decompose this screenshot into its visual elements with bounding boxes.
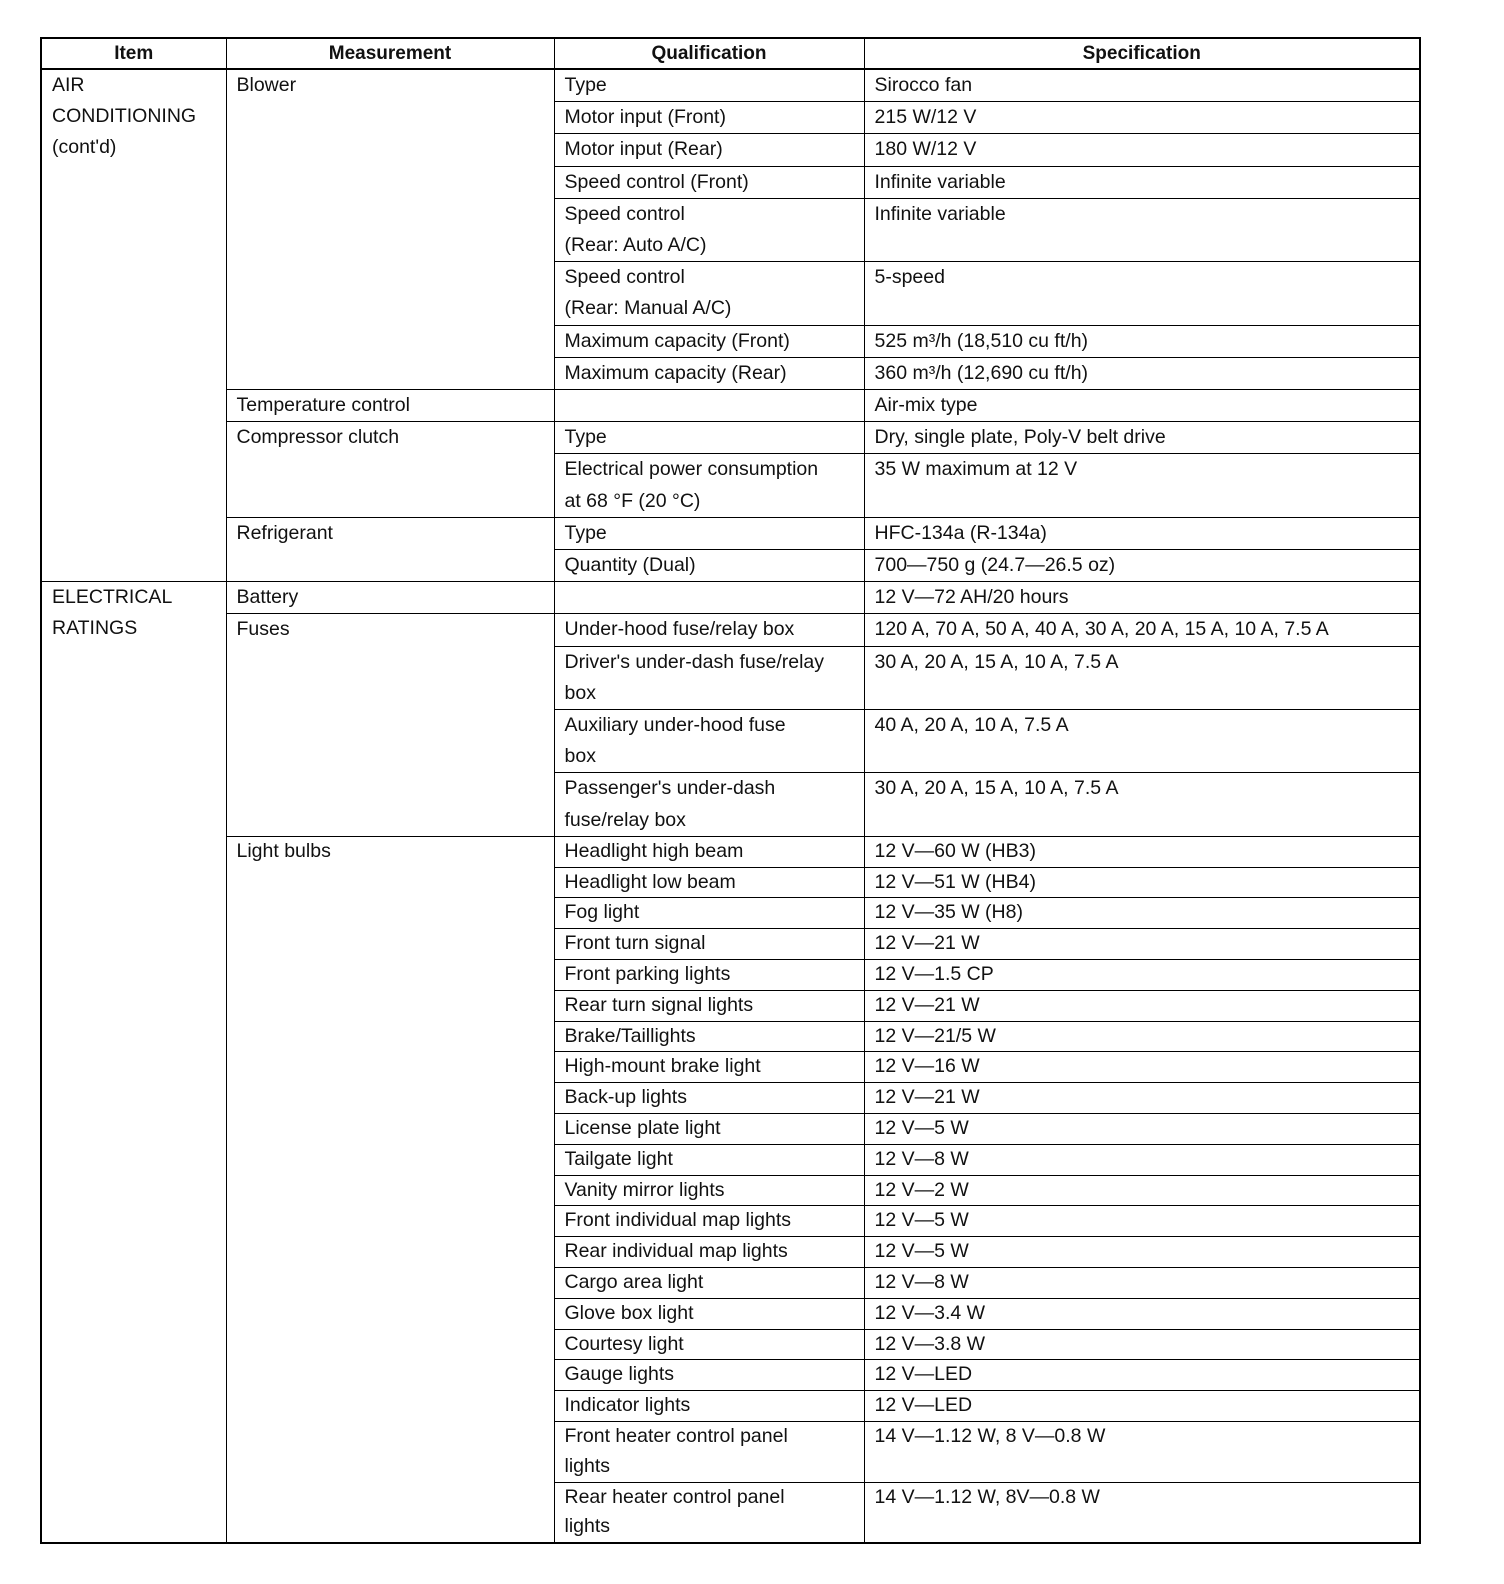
measurement-cell: Compressor clutch — [226, 422, 554, 518]
specification-cell: 40 A, 20 A, 10 A, 7.5 A — [864, 710, 1420, 773]
qualification-cell: Passenger's under-dash fuse/relay box — [554, 773, 864, 836]
header-item: Item — [41, 38, 226, 69]
qualification-cell: Type — [554, 517, 864, 549]
qualification-cell: Under-hood fuse/relay box — [554, 614, 864, 646]
qualification-cell: Rear individual map lights — [554, 1237, 864, 1268]
header-qualification: Qualification — [554, 38, 864, 69]
specification-cell: 30 A, 20 A, 15 A, 10 A, 7.5 A — [864, 646, 1420, 709]
specification-cell: 12 V—8 W — [864, 1268, 1420, 1299]
specification-cell: Infinite variable — [864, 198, 1420, 261]
specification-cell: 360 m³/h (12,690 cu ft/h) — [864, 357, 1420, 389]
table-row: RefrigerantTypeHFC-134a (R-134a) — [41, 517, 1420, 549]
specification-cell: 12 V—LED — [864, 1360, 1420, 1391]
specification-cell: Air-mix type — [864, 390, 1420, 422]
specification-cell: 12 V—51 W (HB4) — [864, 867, 1420, 898]
measurement-cell: Light bulbs — [226, 836, 554, 1543]
specifications-table: Item Measurement Qualification Specifica… — [40, 37, 1421, 1544]
specification-cell: 35 W maximum at 12 V — [864, 454, 1420, 517]
specification-cell: 12 V—8 W — [864, 1144, 1420, 1175]
specification-cell: 12 V—16 W — [864, 1052, 1420, 1083]
qualification-cell: Indicator lights — [554, 1391, 864, 1422]
specification-cell: 12 V—60 W (HB3) — [864, 836, 1420, 867]
specification-cell: Infinite variable — [864, 166, 1420, 198]
qualification-cell: Tailgate light — [554, 1144, 864, 1175]
specification-cell: 12 V—1.5 CP — [864, 960, 1420, 991]
specification-cell: 12 V—21 W — [864, 929, 1420, 960]
qualification-cell: Speed control (Rear: Manual A/C) — [554, 262, 864, 325]
specification-cell: 12 V—35 W (H8) — [864, 898, 1420, 929]
qualification-cell: Driver's under-dash fuse/relay box — [554, 646, 864, 709]
qualification-cell: Vanity mirror lights — [554, 1175, 864, 1206]
specification-cell: 12 V—3.4 W — [864, 1298, 1420, 1329]
table-row: Temperature controlAir-mix type — [41, 390, 1420, 422]
specification-cell: 12 V—LED — [864, 1391, 1420, 1422]
qualification-cell: Front parking lights — [554, 960, 864, 991]
specification-cell: 12 V—3.8 W — [864, 1329, 1420, 1360]
qualification-cell: Brake/Taillights — [554, 1021, 864, 1052]
specification-cell: 215 W/12 V — [864, 102, 1420, 134]
measurement-cell: Blower — [226, 69, 554, 390]
specification-cell: 12 V—2 W — [864, 1175, 1420, 1206]
table-row: AIR CONDITIONING (cont'd)BlowerTypeSiroc… — [41, 69, 1420, 102]
qualification-cell: Motor input (Rear) — [554, 134, 864, 166]
specification-cell: 14 V—1.12 W, 8 V—0.8 W — [864, 1422, 1420, 1483]
header-specification: Specification — [864, 38, 1420, 69]
qualification-cell: Courtesy light — [554, 1329, 864, 1360]
qualification-cell: Speed control (Rear: Auto A/C) — [554, 198, 864, 261]
specification-cell: Sirocco fan — [864, 69, 1420, 102]
qualification-cell — [554, 582, 864, 614]
qualification-cell: Type — [554, 422, 864, 454]
specification-cell: 12 V—21/5 W — [864, 1021, 1420, 1052]
qualification-cell: Rear heater control panel lights — [554, 1482, 864, 1543]
qualification-cell — [554, 390, 864, 422]
specification-cell: 14 V—1.12 W, 8V—0.8 W — [864, 1482, 1420, 1543]
specification-cell: 12 V—72 AH/20 hours — [864, 582, 1420, 614]
table-row: Light bulbsHeadlight high beam12 V—60 W … — [41, 836, 1420, 867]
specification-cell: 12 V—5 W — [864, 1206, 1420, 1237]
item-cell: AIR CONDITIONING (cont'd) — [41, 69, 226, 582]
qualification-cell: Motor input (Front) — [554, 102, 864, 134]
specification-cell: 12 V—5 W — [864, 1114, 1420, 1145]
qualification-cell: Cargo area light — [554, 1268, 864, 1299]
header-measurement: Measurement — [226, 38, 554, 69]
table-header-row: Item Measurement Qualification Specifica… — [41, 38, 1420, 69]
qualification-cell: Maximum capacity (Front) — [554, 325, 864, 357]
qualification-cell: License plate light — [554, 1114, 864, 1145]
qualification-cell: Quantity (Dual) — [554, 550, 864, 582]
qualification-cell: Rear turn signal lights — [554, 990, 864, 1021]
qualification-cell: High-mount brake light — [554, 1052, 864, 1083]
measurement-cell: Refrigerant — [226, 517, 554, 581]
qualification-cell: Glove box light — [554, 1298, 864, 1329]
measurement-cell: Temperature control — [226, 390, 554, 422]
specification-cell: 30 A, 20 A, 15 A, 10 A, 7.5 A — [864, 773, 1420, 836]
qualification-cell: Front heater control panel lights — [554, 1422, 864, 1483]
specification-cell: 12 V—5 W — [864, 1237, 1420, 1268]
qualification-cell: Headlight high beam — [554, 836, 864, 867]
specification-cell: 12 V—21 W — [864, 990, 1420, 1021]
table-row: ELECTRICAL RATINGSBattery12 V—72 AH/20 h… — [41, 582, 1420, 614]
qualification-cell: Electrical power consumption at 68 °F (2… — [554, 454, 864, 517]
qualification-cell: Front turn signal — [554, 929, 864, 960]
specification-cell: 120 A, 70 A, 50 A, 40 A, 30 A, 20 A, 15 … — [864, 614, 1420, 646]
qualification-cell: Maximum capacity (Rear) — [554, 357, 864, 389]
measurement-cell: Fuses — [226, 614, 554, 836]
specification-cell: 525 m³/h (18,510 cu ft/h) — [864, 325, 1420, 357]
table-body: AIR CONDITIONING (cont'd)BlowerTypeSiroc… — [41, 69, 1420, 1543]
specification-cell: 12 V—21 W — [864, 1083, 1420, 1114]
specification-cell: 5-speed — [864, 262, 1420, 325]
qualification-cell: Speed control (Front) — [554, 166, 864, 198]
qualification-cell: Type — [554, 69, 864, 102]
qualification-cell: Auxiliary under-hood fuse box — [554, 710, 864, 773]
qualification-cell: Back-up lights — [554, 1083, 864, 1114]
table-row: Compressor clutchTypeDry, single plate, … — [41, 422, 1420, 454]
specification-cell: 180 W/12 V — [864, 134, 1420, 166]
specification-cell: HFC-134a (R-134a) — [864, 517, 1420, 549]
specification-cell: Dry, single plate, Poly-V belt drive — [864, 422, 1420, 454]
qualification-cell: Fog light — [554, 898, 864, 929]
table-row: FusesUnder-hood fuse/relay box120 A, 70 … — [41, 614, 1420, 646]
measurement-cell: Battery — [226, 582, 554, 614]
qualification-cell: Front individual map lights — [554, 1206, 864, 1237]
item-cell: ELECTRICAL RATINGS — [41, 582, 226, 1543]
qualification-cell: Headlight low beam — [554, 867, 864, 898]
qualification-cell: Gauge lights — [554, 1360, 864, 1391]
specification-cell: 700—750 g (24.7—26.5 oz) — [864, 550, 1420, 582]
